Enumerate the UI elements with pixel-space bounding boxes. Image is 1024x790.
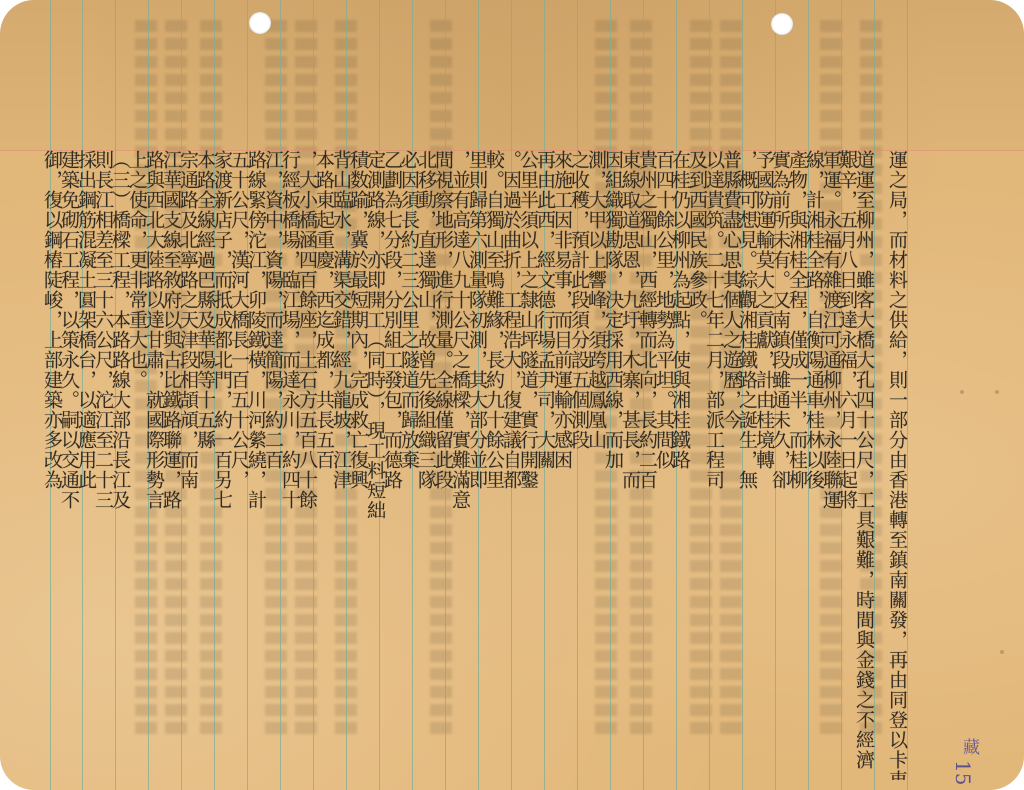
- paper-speck: [1000, 650, 1004, 654]
- paper-speck: [995, 390, 999, 394]
- paper-speck: [960, 390, 964, 394]
- punch-hole: [771, 13, 793, 35]
- page-number: 15: [935, 760, 975, 780]
- text-column: 御，復以鋼樁陡峻，上部建築亦多改為: [37, 150, 67, 780]
- manuscript-body: 運之局，而材料之供給，則一部分由香港轉至鎮南關發，再由同登以卡車運至明江，轉循水…: [40, 150, 910, 790]
- text-column: 運之局，而材料之供給，則一部分由香港轉至鎮南關發，再由同登以卡車運至明江，轉循水: [882, 150, 912, 780]
- document-page: 運之局，而材料之供給，則一部分由香港轉至鎮南關發，再由同登以卡車運至明江，轉循水…: [0, 0, 1024, 790]
- punch-hole: [249, 12, 271, 34]
